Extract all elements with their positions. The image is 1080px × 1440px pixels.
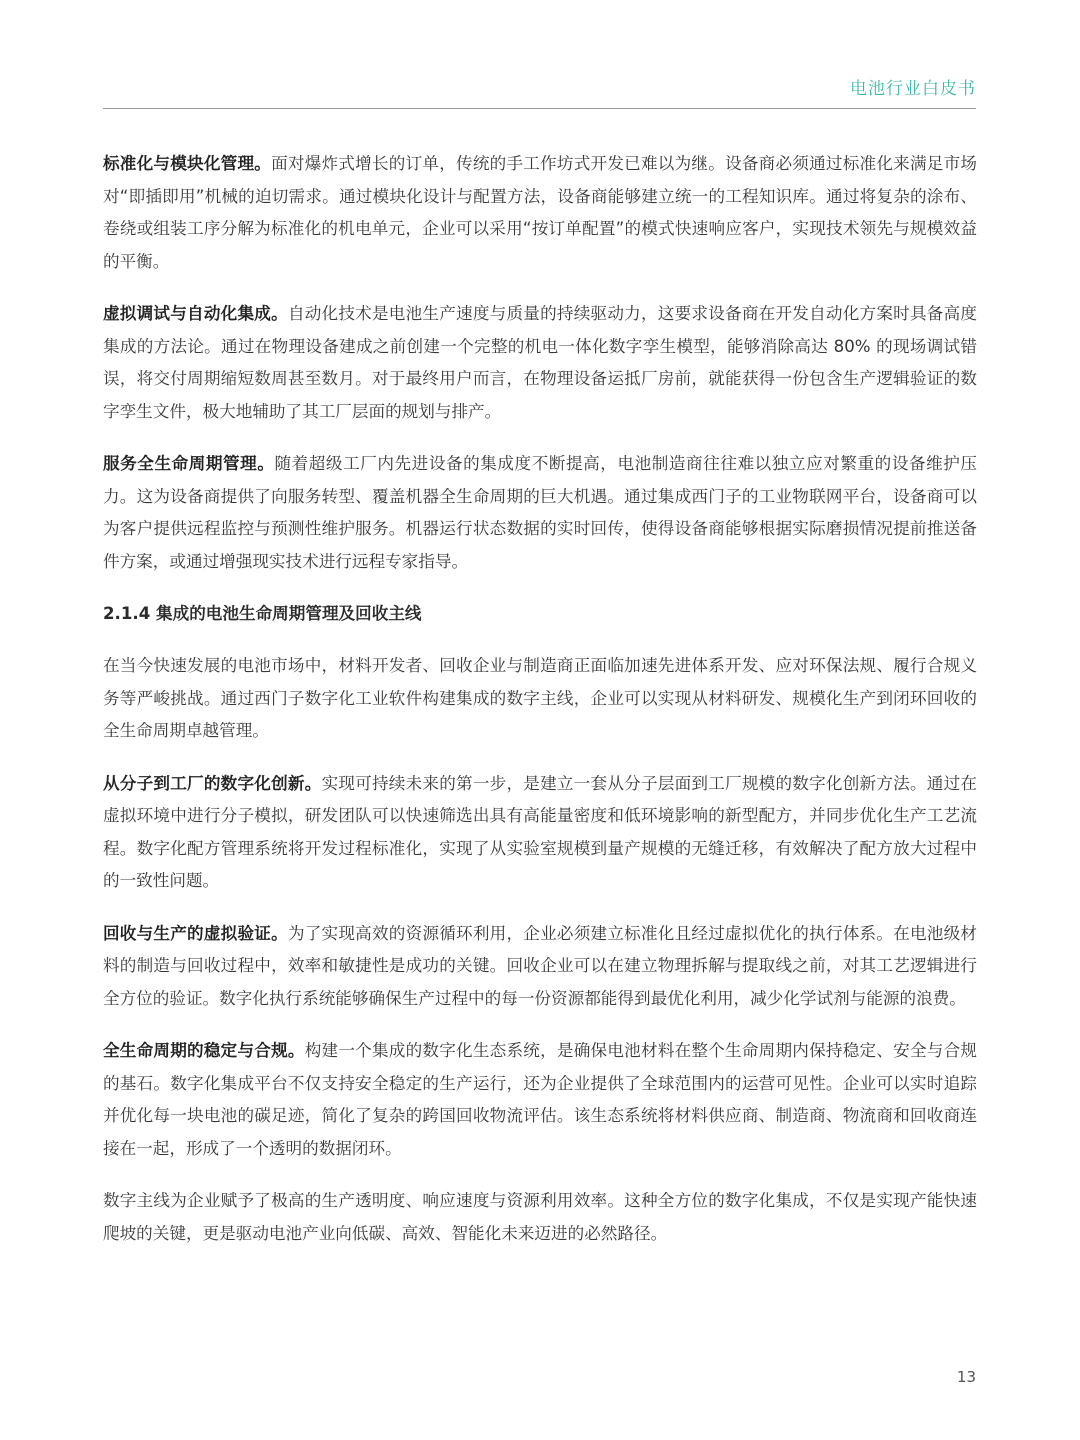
paragraph-service-lifecycle: 服务全生命周期管理。随着超级工厂内先进设备的集成度不断提高，电池制造商往往难以独… — [103, 448, 977, 578]
document-title: 电池行业白皮书 — [850, 74, 976, 99]
page-number: 13 — [957, 1368, 976, 1386]
page-content: 标准化与模块化管理。面对爆炸式增长的订单，传统的手工作坊式开发已难以为继。设备商… — [103, 148, 977, 1270]
paragraph-lead: 标准化与模块化管理。 — [103, 154, 271, 173]
paragraph-lead: 服务全生命周期管理。 — [103, 454, 274, 473]
paragraph-molecule-to-factory: 从分子到工厂的数字化创新。实现可持续未来的第一步，是建立一套从分子层面到工厂规模… — [103, 768, 977, 898]
section-heading: 2.1.4 集成的电池生命周期管理及回收主线 — [103, 598, 977, 630]
paragraph-lead: 虚拟调试与自动化集成。 — [103, 304, 288, 323]
paragraph-lead: 从分子到工厂的数字化创新。 — [103, 774, 322, 793]
section-conclusion: 数字主线为企业赋予了极高的生产透明度、响应速度与资源利用效率。这种全方位的数字化… — [103, 1185, 977, 1250]
paragraph-lead: 全生命周期的稳定与合规。 — [103, 1041, 305, 1060]
paragraph-recycling-validation: 回收与生产的虚拟验证。为了实现高效的资源循环利用，企业必须建立标准化且经过虚拟优… — [103, 918, 977, 1016]
paragraph-lifecycle-compliance: 全生命周期的稳定与合规。构建一个集成的数字化生态系统，是确保电池材料在整个生命周… — [103, 1035, 977, 1165]
paragraph-standardization: 标准化与模块化管理。面对爆炸式增长的订单，传统的手工作坊式开发已难以为继。设备商… — [103, 148, 977, 278]
paragraph-virtual-commissioning: 虚拟调试与自动化集成。自动化技术是电池生产速度与质量的持续驱动力，这要求设备商在… — [103, 298, 977, 428]
page-header: 电池行业白皮书 — [103, 72, 976, 109]
paragraph-lead: 回收与生产的虚拟验证。 — [103, 924, 288, 943]
section-intro: 在当今快速发展的电池市场中，材料开发者、回收企业与制造商正面临加速先进体系开发、… — [103, 650, 977, 748]
